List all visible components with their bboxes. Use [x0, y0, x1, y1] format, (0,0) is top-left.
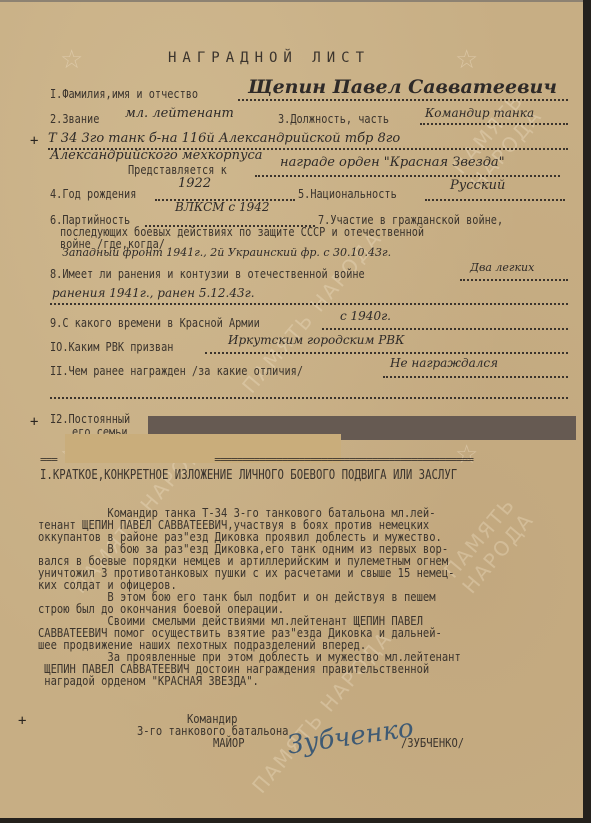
star-watermark-icon: ☆	[455, 45, 478, 75]
field-1-value: Щепин Павел Савватеевич	[248, 76, 557, 98]
field-3-value-3: Александрийского мехкорпуса	[50, 148, 263, 163]
scan-right-edge	[583, 0, 591, 823]
field-3-value-2: Т 34 3го танк б-на 116й Александрийской …	[48, 131, 400, 146]
field-6-value: ВЛКСМ с 1942	[175, 200, 269, 214]
dotted-line	[50, 395, 568, 399]
dotted-line	[460, 277, 568, 281]
scan-top-edge	[0, 0, 591, 2]
field-4-label: 4.Год рождения	[50, 186, 136, 201]
nominated-value: награде орден "Красная Звезда"	[280, 155, 505, 170]
field-4-value: 1922	[178, 176, 211, 191]
star-watermark-icon: ☆	[60, 45, 83, 75]
margin-mark: +	[30, 133, 38, 149]
section-heading: I.КРАТКОЕ,КОНКРЕТНОЕ ИЗЛОЖЕНИЕ ЛИЧНОГО Б…	[40, 468, 457, 483]
field-9-label: 9.С какого времени в Красной Армии	[50, 315, 260, 330]
field-5-label: 5.Национальность	[298, 186, 397, 201]
dotted-line	[255, 173, 560, 177]
nominated-label: Представляется к	[128, 162, 227, 177]
field-2-label: 2.Звание	[50, 111, 99, 126]
field-2-value: мл. лейтенант	[125, 106, 234, 121]
field-11-label: II.Чем ранее награжден /за какие отличия…	[50, 363, 303, 378]
scan-bottom-edge	[0, 818, 591, 823]
field-9-value: с 1940г.	[340, 309, 391, 323]
signatory-rank: МАЙОР	[213, 737, 245, 749]
field-3-value-1: Командир танка	[425, 106, 534, 120]
field-10-label: IO.Каким РВК призван	[50, 339, 173, 354]
signatory-name: /ЗУБЧЕНКО/	[401, 737, 464, 749]
dotted-line	[383, 374, 568, 378]
watermark-text: ПАМЯТЬ НАРОДА	[439, 450, 574, 598]
dotted-line	[205, 350, 568, 354]
field-8-label: 8.Имеет ли ранения и контузии в отечеств…	[50, 266, 365, 281]
margin-mark: +	[30, 414, 38, 430]
separator-line: === ====================================…	[40, 453, 575, 466]
field-7-value: Западный фронт 1941г., 2й Украинский фр.…	[62, 246, 391, 259]
field-3-label: 3.Должность, часть	[278, 111, 389, 126]
margin-mark: +	[18, 713, 26, 729]
field-8-value-1: Два легких	[470, 261, 534, 274]
narrative-line: наградой орденом "КРАСНАЯ ЗВЕЗДА".	[38, 675, 259, 687]
dotted-line	[322, 326, 568, 330]
dotted-line	[420, 121, 568, 125]
document-title: НАГРАДНОЙ ЛИСТ	[168, 50, 370, 66]
field-10-value: Иркутским городским РВК	[228, 333, 404, 347]
field-8-value-2: ранения 1941г., ранен 5.12.43г.	[52, 286, 255, 300]
field-11-value: Не награждался	[390, 356, 498, 370]
dotted-line	[425, 197, 565, 201]
field-1-label: I.Фамилия,имя и отчество	[50, 86, 198, 101]
award-sheet-page: ☆ ☆ ☆ ☆ ПАМЯТЬ НАРОДА ПАМЯТЬ НАРОДА ПАМЯ…	[0, 0, 583, 818]
dotted-line	[50, 301, 568, 305]
field-5-value: Русский	[450, 178, 505, 193]
